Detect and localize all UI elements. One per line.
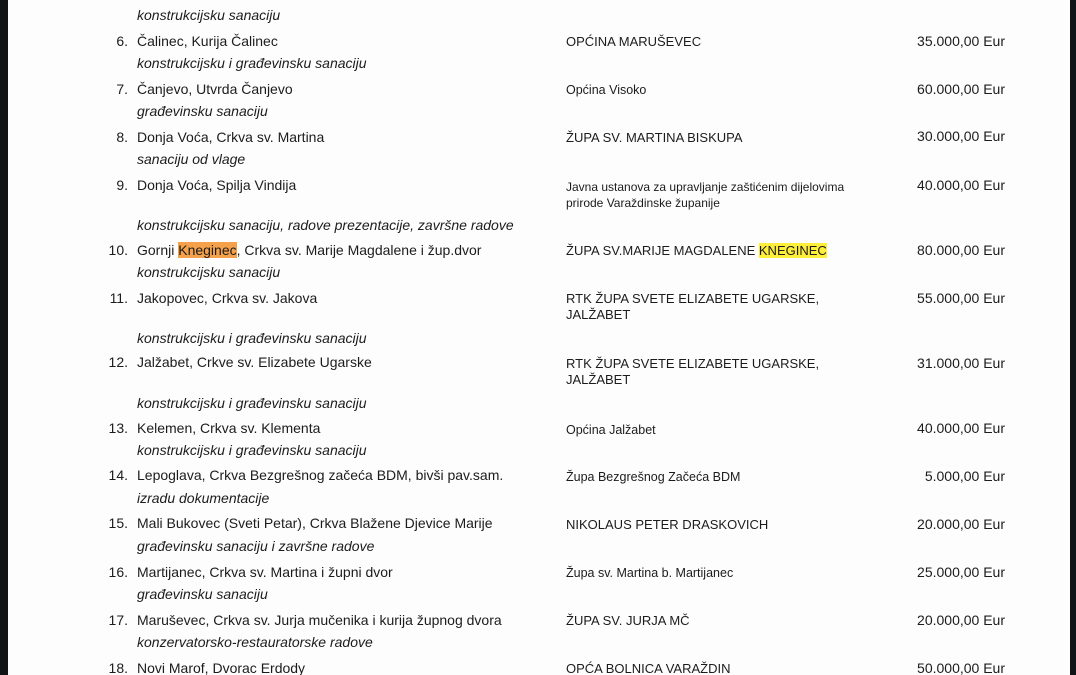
row-description: građevinsku sanaciju i završne radove bbox=[137, 538, 374, 554]
row-description: građevinsku sanaciju bbox=[137, 103, 268, 119]
row-location: Maruševec, Crkva sv. Jurja mučenika i ku… bbox=[137, 612, 502, 628]
row-recipient: OPĆINA MARUŠEVEC bbox=[566, 34, 701, 50]
row-recipient: ŽUPA SV. JURJA MČ bbox=[566, 613, 690, 629]
document-page: konstrukcijsku sanaciju 6. Čalinec, Kuri… bbox=[8, 0, 1070, 675]
row-amount: 25.000,00 Eur bbox=[865, 564, 1005, 580]
row-location: Čanjevo, Utvrda Čanjevo bbox=[137, 81, 293, 97]
row-location: Jalžabet, Crkve sv. Elizabete Ugarske bbox=[137, 354, 372, 370]
row-amount: 20.000,00 Eur bbox=[865, 516, 1005, 532]
row-amount: 40.000,00 Eur bbox=[865, 177, 1005, 193]
row-recipient-line-1: Javna ustanova za upravljanje zaštićenim… bbox=[566, 179, 844, 195]
row-description: konstrukcijsku i građevinsku sanaciju bbox=[137, 442, 367, 458]
row-number: 13. bbox=[88, 420, 128, 436]
row-location: Gornji Kneginec, Crkva sv. Marije Magdal… bbox=[137, 242, 481, 258]
row-recipient: Župa sv. Martina b. Martijanec bbox=[566, 565, 733, 581]
row-amount: 60.000,00 Eur bbox=[865, 81, 1005, 97]
row-recipient-line-2: JALŽABET bbox=[566, 307, 630, 323]
row-location: Martijanec, Crkva sv. Martina i župni dv… bbox=[137, 564, 393, 580]
row-number: 15. bbox=[88, 515, 128, 531]
row-description: građevinsku sanaciju bbox=[137, 586, 268, 602]
row-recipient: Župa Bezgrešnog Začeća BDM bbox=[566, 469, 740, 485]
row-amount: 5.000,00 Eur bbox=[865, 468, 1005, 484]
row-amount: 55.000,00 Eur bbox=[865, 290, 1005, 306]
row-recipient: OPĆA BOLNICA VARAŽDIN bbox=[566, 661, 730, 675]
row-number: 18. bbox=[88, 660, 128, 675]
row-location: Čalinec, Kurija Čalinec bbox=[137, 33, 278, 49]
row-recipient: Općina Visoko bbox=[566, 82, 646, 98]
row-amount: 35.000,00 Eur bbox=[865, 33, 1005, 49]
row-number: 10. bbox=[88, 242, 128, 258]
row-amount: 40.000,00 Eur bbox=[865, 420, 1005, 436]
location-part: , Crkva sv. Marije Magdalene i žup.dvor bbox=[237, 242, 482, 258]
row-amount: 31.000,00 Eur bbox=[865, 355, 1005, 371]
row-location: Mali Bukovec (Sveti Petar), Crkva Blažen… bbox=[137, 515, 493, 531]
row-5-description: konstrukcijsku sanaciju bbox=[137, 7, 280, 23]
row-description: konstrukcijsku sanaciju bbox=[137, 264, 280, 280]
row-recipient: ŽUPA SV. MARTINA BISKUPA bbox=[566, 130, 743, 146]
search-highlight-orange: Kneginec bbox=[178, 242, 236, 258]
row-description: konstrukcijsku i građevinsku sanaciju bbox=[137, 55, 367, 71]
row-description: konzervatorsko-restauratorske radove bbox=[137, 634, 373, 650]
row-description: konstrukcijsku sanaciju, radove prezenta… bbox=[137, 217, 514, 233]
row-recipient: Općina Jalžabet bbox=[566, 422, 656, 438]
row-number: 6. bbox=[88, 33, 128, 49]
row-amount: 80.000,00 Eur bbox=[865, 242, 1005, 258]
row-location: Kelemen, Crkva sv. Klementa bbox=[137, 420, 320, 436]
row-location: Novi Marof, Dvorac Erdody bbox=[137, 660, 305, 675]
row-description: konstrukcijsku i građevinsku sanaciju bbox=[137, 330, 367, 346]
row-number: 16. bbox=[88, 564, 128, 580]
row-recipient-line-2: prirode Varaždinske županije bbox=[566, 195, 720, 211]
row-number: 12. bbox=[88, 354, 128, 370]
row-recipient-line-1: RTK ŽUPA SVETE ELIZABETE UGARSKE, bbox=[566, 356, 819, 372]
row-number: 9. bbox=[88, 177, 128, 193]
row-recipient-line-2: JALŽABET bbox=[566, 372, 630, 388]
row-recipient: NIKOLAUS PETER DRASKOVICH bbox=[566, 517, 768, 533]
row-description: konstrukcijsku i građevinsku sanaciju bbox=[137, 395, 367, 411]
row-description: izradu dokumentacije bbox=[137, 490, 269, 506]
recipient-part: ŽUPA SV.MARIJE MAGDALENE bbox=[566, 243, 759, 258]
row-amount: 20.000,00 Eur bbox=[865, 612, 1005, 628]
row-location: Lepoglava, Crkva Bezgrešnog začeća BDM, … bbox=[137, 467, 503, 483]
row-amount: 30.000,00 Eur bbox=[865, 128, 1005, 144]
row-number: 14. bbox=[88, 467, 128, 483]
row-number: 8. bbox=[88, 129, 128, 145]
row-recipient-line-1: RTK ŽUPA SVETE ELIZABETE UGARSKE, bbox=[566, 291, 819, 307]
row-number: 11. bbox=[88, 290, 128, 306]
search-highlight-yellow: KNEGINEC bbox=[759, 243, 827, 258]
row-description: sanaciju od vlage bbox=[137, 151, 245, 167]
row-location: Jakopovec, Crkva sv. Jakova bbox=[137, 290, 317, 306]
row-number: 17. bbox=[88, 612, 128, 628]
row-location: Donja Voća, Spilja Vindija bbox=[137, 177, 296, 193]
row-number: 7. bbox=[88, 81, 128, 97]
row-amount: 50.000,00 Eur bbox=[865, 660, 1005, 675]
location-part: Gornji bbox=[137, 242, 178, 258]
row-location: Donja Voća, Crkva sv. Martina bbox=[137, 129, 324, 145]
row-recipient: ŽUPA SV.MARIJE MAGDALENE KNEGINEC bbox=[566, 243, 827, 259]
